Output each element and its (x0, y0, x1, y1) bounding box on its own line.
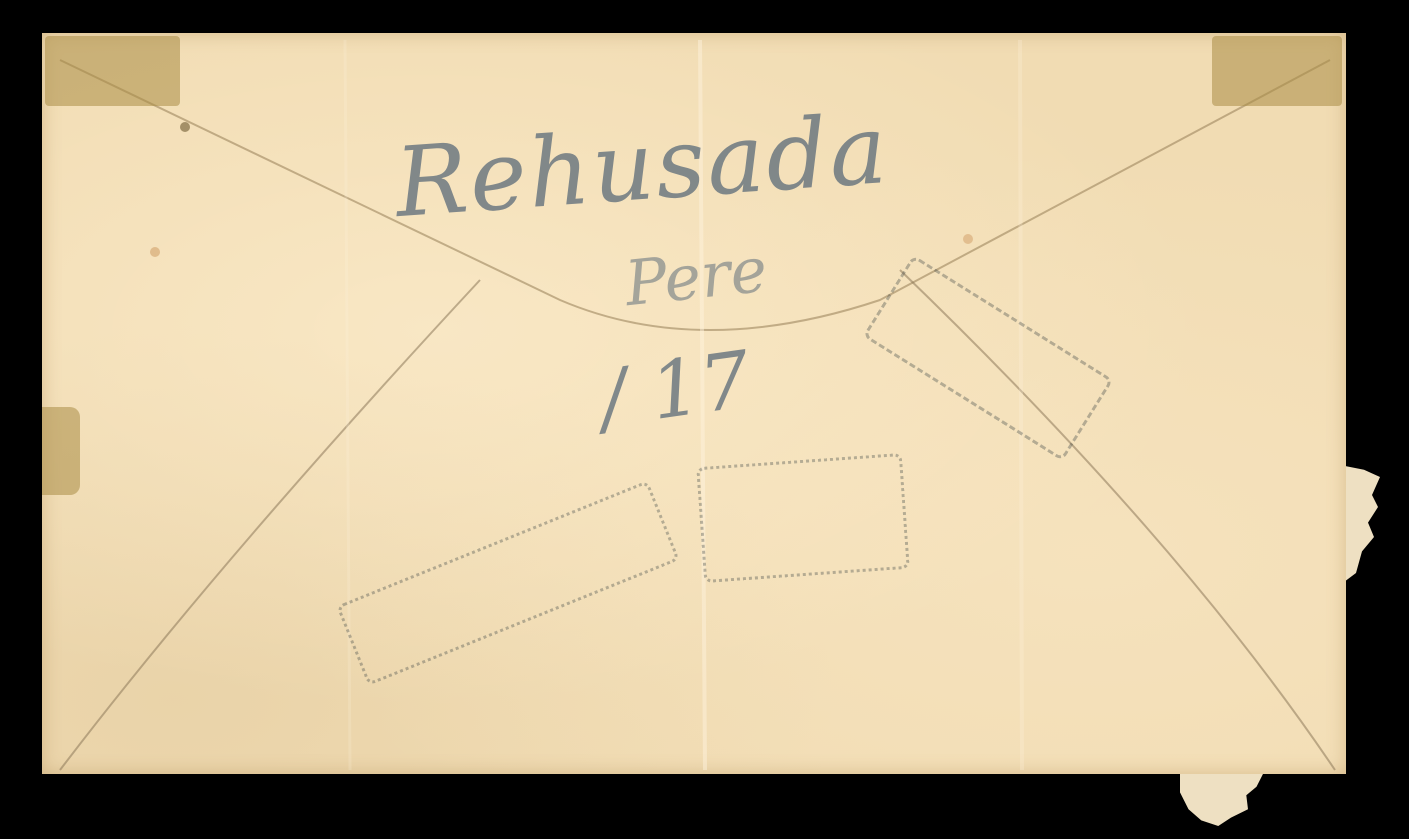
postmark-stamp (696, 453, 910, 583)
handwritten-name: Pere (622, 233, 771, 320)
tape-top-right (1212, 36, 1342, 106)
envelope-scene: Rehusada Pere / 17 (0, 0, 1409, 839)
tape-left-edge (42, 407, 80, 495)
tape-top-left (45, 36, 180, 106)
